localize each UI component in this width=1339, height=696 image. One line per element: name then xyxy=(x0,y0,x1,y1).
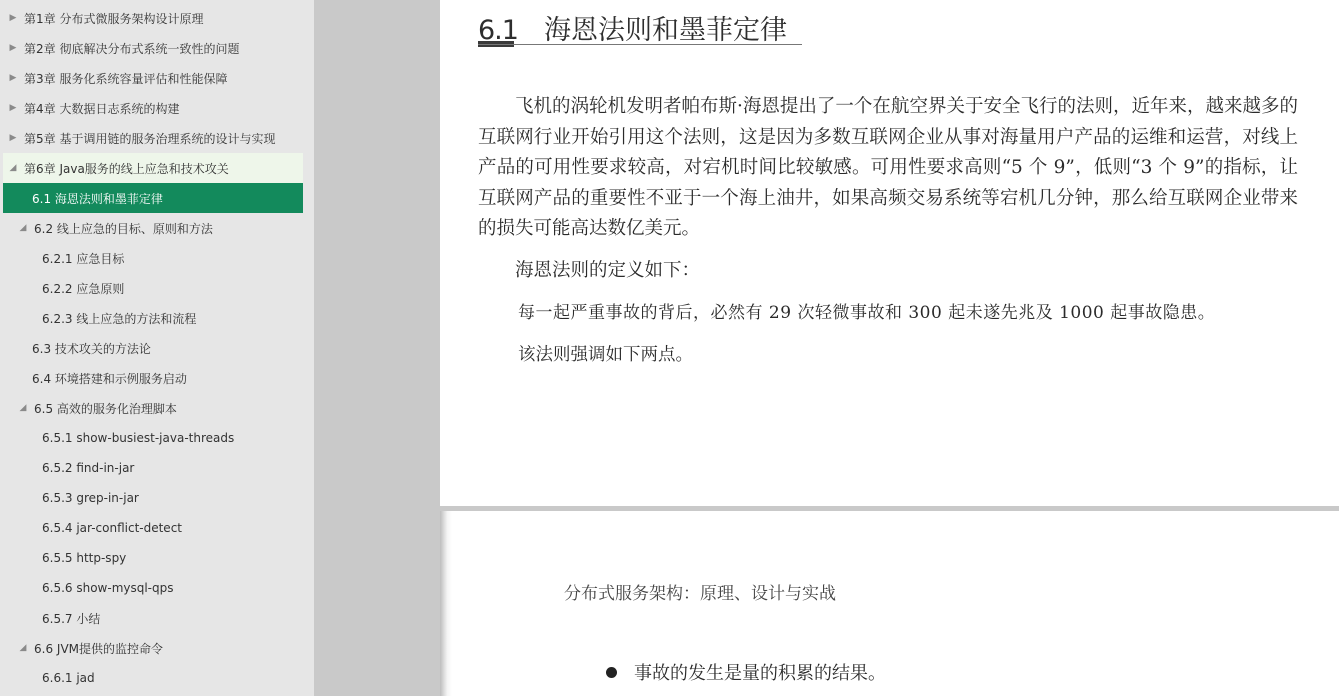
toc-item-chapter-6[interactable]: ◢第6章 Java服务的线上应急和技术攻关 xyxy=(3,153,303,183)
toc-item-label: 第4章 大数据日志系统的构建 xyxy=(24,100,179,117)
toc-item-label: 6.5.2 find-in-jar xyxy=(42,461,134,475)
expand-arrow-icon[interactable]: ▶ xyxy=(8,133,18,143)
document-page: 6.1海恩法则和墨菲定律 飞机的涡轮机发明者帕布斯·海恩提出了一个在航空界关于安… xyxy=(440,0,1339,506)
toc-item-chapter-3[interactable]: ▶第3章 服务化系统容量评估和性能保障 xyxy=(3,63,303,93)
toc-item-chapter-1[interactable]: ▶第1章 分布式微服务架构设计原理 xyxy=(3,3,303,33)
toc-item-label: 6.5 高效的服务化治理脚本 xyxy=(34,400,177,417)
document-page: 分布式服务架构：原理、设计与实战 事故的发生是量的积累的结果。 xyxy=(440,511,1339,696)
toc-item-label: 6.5.6 show-mysql-qps xyxy=(42,581,174,595)
document-gutter xyxy=(314,0,440,696)
toc-item-label: 6.2.1 应急目标 xyxy=(42,250,124,267)
paragraph: 海恩法则的定义如下： xyxy=(478,256,1298,287)
expand-arrow-icon[interactable]: ▶ xyxy=(8,13,18,23)
toc-item-label: 6.5.5 http-spy xyxy=(42,551,126,565)
toc-item-label: 6.5.3 grep-in-jar xyxy=(42,491,139,505)
toc-item-label: 6.2.2 应急原则 xyxy=(42,280,124,297)
section-title: 海恩法则和墨菲定律 xyxy=(544,15,787,46)
toc-item-6-4[interactable]: 6.4 环境搭建和示例服务启动 xyxy=(3,363,303,393)
toc-item-label: 6.5.4 jar-conflict-detect xyxy=(42,521,182,535)
collapse-arrow-icon[interactable]: ◢ xyxy=(18,643,28,653)
running-head: 分布式服务架构：原理、设计与实战 xyxy=(564,579,836,604)
toc-item-label: 6.2.3 线上应急的方法和流程 xyxy=(42,310,196,327)
toc-item-6-1[interactable]: 6.1 海恩法则和墨菲定律 xyxy=(3,183,303,213)
toc-item-label: 6.3 技术攻关的方法论 xyxy=(32,340,151,357)
collapse-arrow-icon[interactable]: ◢ xyxy=(18,403,28,413)
toc-item-6-5-6[interactable]: 6.5.6 show-mysql-qps xyxy=(3,573,303,603)
toc-item-label: 第6章 Java服务的线上应急和技术攻关 xyxy=(24,160,229,177)
expand-arrow-icon[interactable]: ▶ xyxy=(8,103,18,113)
toc-item-6-6[interactable]: ◢6.6 JVM提供的监控命令 xyxy=(3,633,303,663)
toc-item-label: 6.1 海恩法则和墨菲定律 xyxy=(32,190,163,207)
toc-item-6-5-4[interactable]: 6.5.4 jar-conflict-detect xyxy=(3,513,303,543)
toc-item-chapter-4[interactable]: ▶第4章 大数据日志系统的构建 xyxy=(3,93,303,123)
collapse-arrow-icon[interactable]: ◢ xyxy=(18,223,28,233)
toc-item-6-2-3[interactable]: 6.2.3 线上应急的方法和流程 xyxy=(3,303,303,333)
quote-paragraph: 每一起严重事故的背后，必然有 29 次轻微事故和 300 起未遂先兆及 1000… xyxy=(478,298,1298,329)
heading-underline xyxy=(478,44,802,45)
toc-item-6-5-7[interactable]: 6.5.7 小结 xyxy=(3,603,303,633)
toc-item-chapter-5[interactable]: ▶第5章 基于调用链的服务治理系统的设计与实现 xyxy=(3,123,303,153)
toc-item-label: 6.5.1 show-busiest-java-threads xyxy=(42,431,234,445)
toc-item-6-3[interactable]: 6.3 技术攻关的方法论 xyxy=(3,333,303,363)
paragraph: 该法则强调如下两点。 xyxy=(478,340,1298,371)
paragraph: 飞机的涡轮机发明者帕布斯·海恩提出了一个在航空界关于安全飞行的法则，近年来，越来… xyxy=(478,92,1298,245)
toc-item-6-2-2[interactable]: 6.2.2 应急原则 xyxy=(3,273,303,303)
toc-item-label: 6.6 JVM提供的监控命令 xyxy=(34,640,163,657)
toc-item-6-6-1[interactable]: 6.6.1 jad xyxy=(3,663,303,693)
section-heading: 6.1海恩法则和墨菲定律 xyxy=(478,8,787,47)
bullet-icon xyxy=(606,667,617,678)
toc-item-6-5[interactable]: ◢6.5 高效的服务化治理脚本 xyxy=(3,393,303,423)
toc-sidebar: ▶第1章 分布式微服务架构设计原理 ▶第2章 彻底解决分布式系统一致性的问题 ▶… xyxy=(0,0,314,696)
bullet-item: 事故的发生是量的积累的结果。 xyxy=(606,659,886,685)
collapse-arrow-icon[interactable]: ◢ xyxy=(8,163,18,173)
toc-item-6-2[interactable]: ◢6.2 线上应急的目标、原则和方法 xyxy=(3,213,303,243)
toc-item-label: 第3章 服务化系统容量评估和性能保障 xyxy=(24,70,227,87)
toc-item-6-5-5[interactable]: 6.5.5 http-spy xyxy=(3,543,303,573)
toc-item-label: 6.2 线上应急的目标、原则和方法 xyxy=(34,220,213,237)
toc-item-label: 第1章 分布式微服务架构设计原理 xyxy=(24,10,203,27)
expand-arrow-icon[interactable]: ▶ xyxy=(8,43,18,53)
toc-item-label: 第5章 基于调用链的服务治理系统的设计与实现 xyxy=(24,130,275,147)
bullet-text: 事故的发生是量的积累的结果。 xyxy=(634,659,886,685)
toc-item-label: 第2章 彻底解决分布式系统一致性的问题 xyxy=(24,40,239,57)
page-edge-shadow xyxy=(440,511,452,696)
toc-item-6-2-1[interactable]: 6.2.1 应急目标 xyxy=(3,243,303,273)
toc-item-6-5-2[interactable]: 6.5.2 find-in-jar xyxy=(3,453,303,483)
toc-item-label: 6.4 环境搭建和示例服务启动 xyxy=(32,370,187,387)
toc-item-6-5-1[interactable]: 6.5.1 show-busiest-java-threads xyxy=(3,423,303,453)
expand-arrow-icon[interactable]: ▶ xyxy=(8,73,18,83)
toc-item-label: 6.5.7 小结 xyxy=(42,610,100,627)
toc-item-6-5-3[interactable]: 6.5.3 grep-in-jar xyxy=(3,483,303,513)
toc-item-chapter-2[interactable]: ▶第2章 彻底解决分布式系统一致性的问题 xyxy=(3,33,303,63)
toc-item-label: 6.6.1 jad xyxy=(42,671,95,685)
